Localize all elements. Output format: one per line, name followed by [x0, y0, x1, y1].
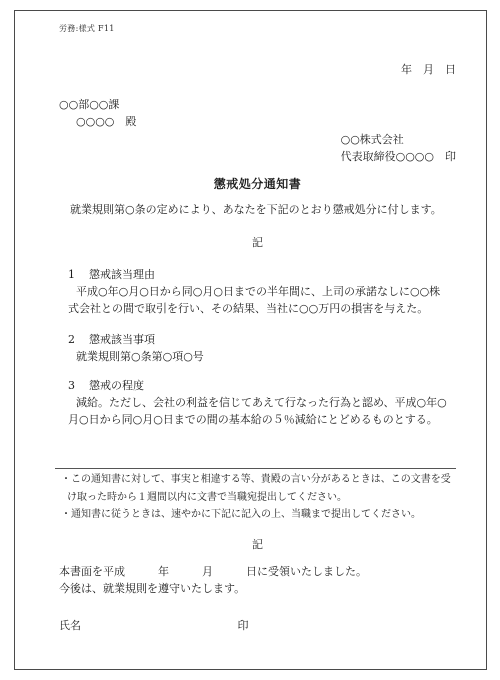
document-page-border: 労務:様式 F11 年 月 日 ○○部○○課 ○○○○ 殿 ○○株式会社 代表取…: [14, 10, 487, 670]
section-text-line: 月○日から同○月○日までの間の基本給の５％減給にとどめるものとする。: [59, 411, 456, 428]
intro-paragraph: 就業規則第○条の定めにより、あなたを下記のとおり懲戒処分に付します。: [59, 201, 456, 218]
section-number: 1: [68, 266, 89, 283]
section-text-line: 減給。ただし、会社の利益を信じてあえて行なった行為と認め、平成○年○: [59, 394, 456, 411]
name-label: 氏名: [59, 619, 81, 632]
sender-representative: 代表取締役○○○○ 印: [341, 148, 456, 165]
note-line: ・この通知書に対して、事実と相違する等、貴殿の言い分があるときは、この文書を受: [59, 471, 456, 489]
note-line: ・通知書に従うときは、速やかに下記に記入の上、当職まで提出してください。: [59, 506, 456, 524]
form-code-label: 労務:様式 F11: [59, 24, 456, 34]
horizontal-divider: [55, 468, 456, 469]
ki-marker-bottom: 記: [59, 536, 456, 553]
notes-block: ・この通知書に対して、事実と相違する等、貴殿の言い分があるときは、この文書を受 …: [59, 471, 456, 524]
section-number: 2: [68, 331, 89, 348]
section-disciplinary-reason: 1懲戒該当理由 平成○年○月○日から同○月○日までの半年間に、上司の承諾なしに○…: [59, 266, 456, 317]
sender-company: ○○株式会社: [341, 131, 456, 148]
section-heading-row: 3懲戒の程度: [59, 377, 456, 394]
section-heading: 懲戒の程度: [89, 379, 144, 392]
section-heading-row: 1懲戒該当理由: [59, 266, 456, 283]
note-line: け取った時から１週間以内に文書で当職宛提出してください。: [59, 489, 456, 507]
receipt-block: 本書面を平成 年 月 日に受領いたしました。 今後は、就業規則を遵守いたします。: [59, 563, 456, 597]
ki-marker-top: 記: [59, 234, 456, 251]
section-text-line: 平成○年○月○日から同○月○日までの半年間に、上司の承諾なしに○○株: [59, 283, 456, 300]
signature-row: 氏名 印: [59, 617, 456, 634]
receipt-pledge-line: 今後は、就業規則を遵守いたします。: [59, 580, 456, 597]
section-text-line: 式会社との間で取引を行い、その結果、当社に○○万円の損害を与えた。: [59, 300, 456, 317]
document-title: 懲戒処分通知書: [59, 176, 456, 193]
section-heading: 懲戒該当理由: [89, 268, 155, 281]
receipt-date-line: 本書面を平成 年 月 日に受領いたしました。: [59, 563, 456, 580]
recipient-department: ○○部○○課: [59, 96, 456, 113]
seal-label: 印: [238, 619, 249, 632]
section-number: 3: [68, 377, 89, 394]
section-heading: 懲戒該当事項: [89, 333, 155, 346]
sender-block: ○○株式会社 代表取締役○○○○ 印: [341, 131, 456, 165]
recipient-name: ○○○○ 殿: [59, 113, 456, 130]
date-line: 年 月 日: [59, 62, 456, 78]
section-severity: 3懲戒の程度 減給。ただし、会社の利益を信じてあえて行なった行為と認め、平成○年…: [59, 377, 456, 428]
section-text-line: 就業規則第○条第○項○号: [59, 348, 456, 365]
document-content: 労務:様式 F11 年 月 日 ○○部○○課 ○○○○ 殿 ○○株式会社 代表取…: [15, 24, 486, 634]
section-applicable-rule: 2懲戒該当事項 就業規則第○条第○項○号: [59, 331, 456, 365]
section-heading-row: 2懲戒該当事項: [59, 331, 456, 348]
recipient-block: ○○部○○課 ○○○○ 殿: [59, 96, 456, 130]
